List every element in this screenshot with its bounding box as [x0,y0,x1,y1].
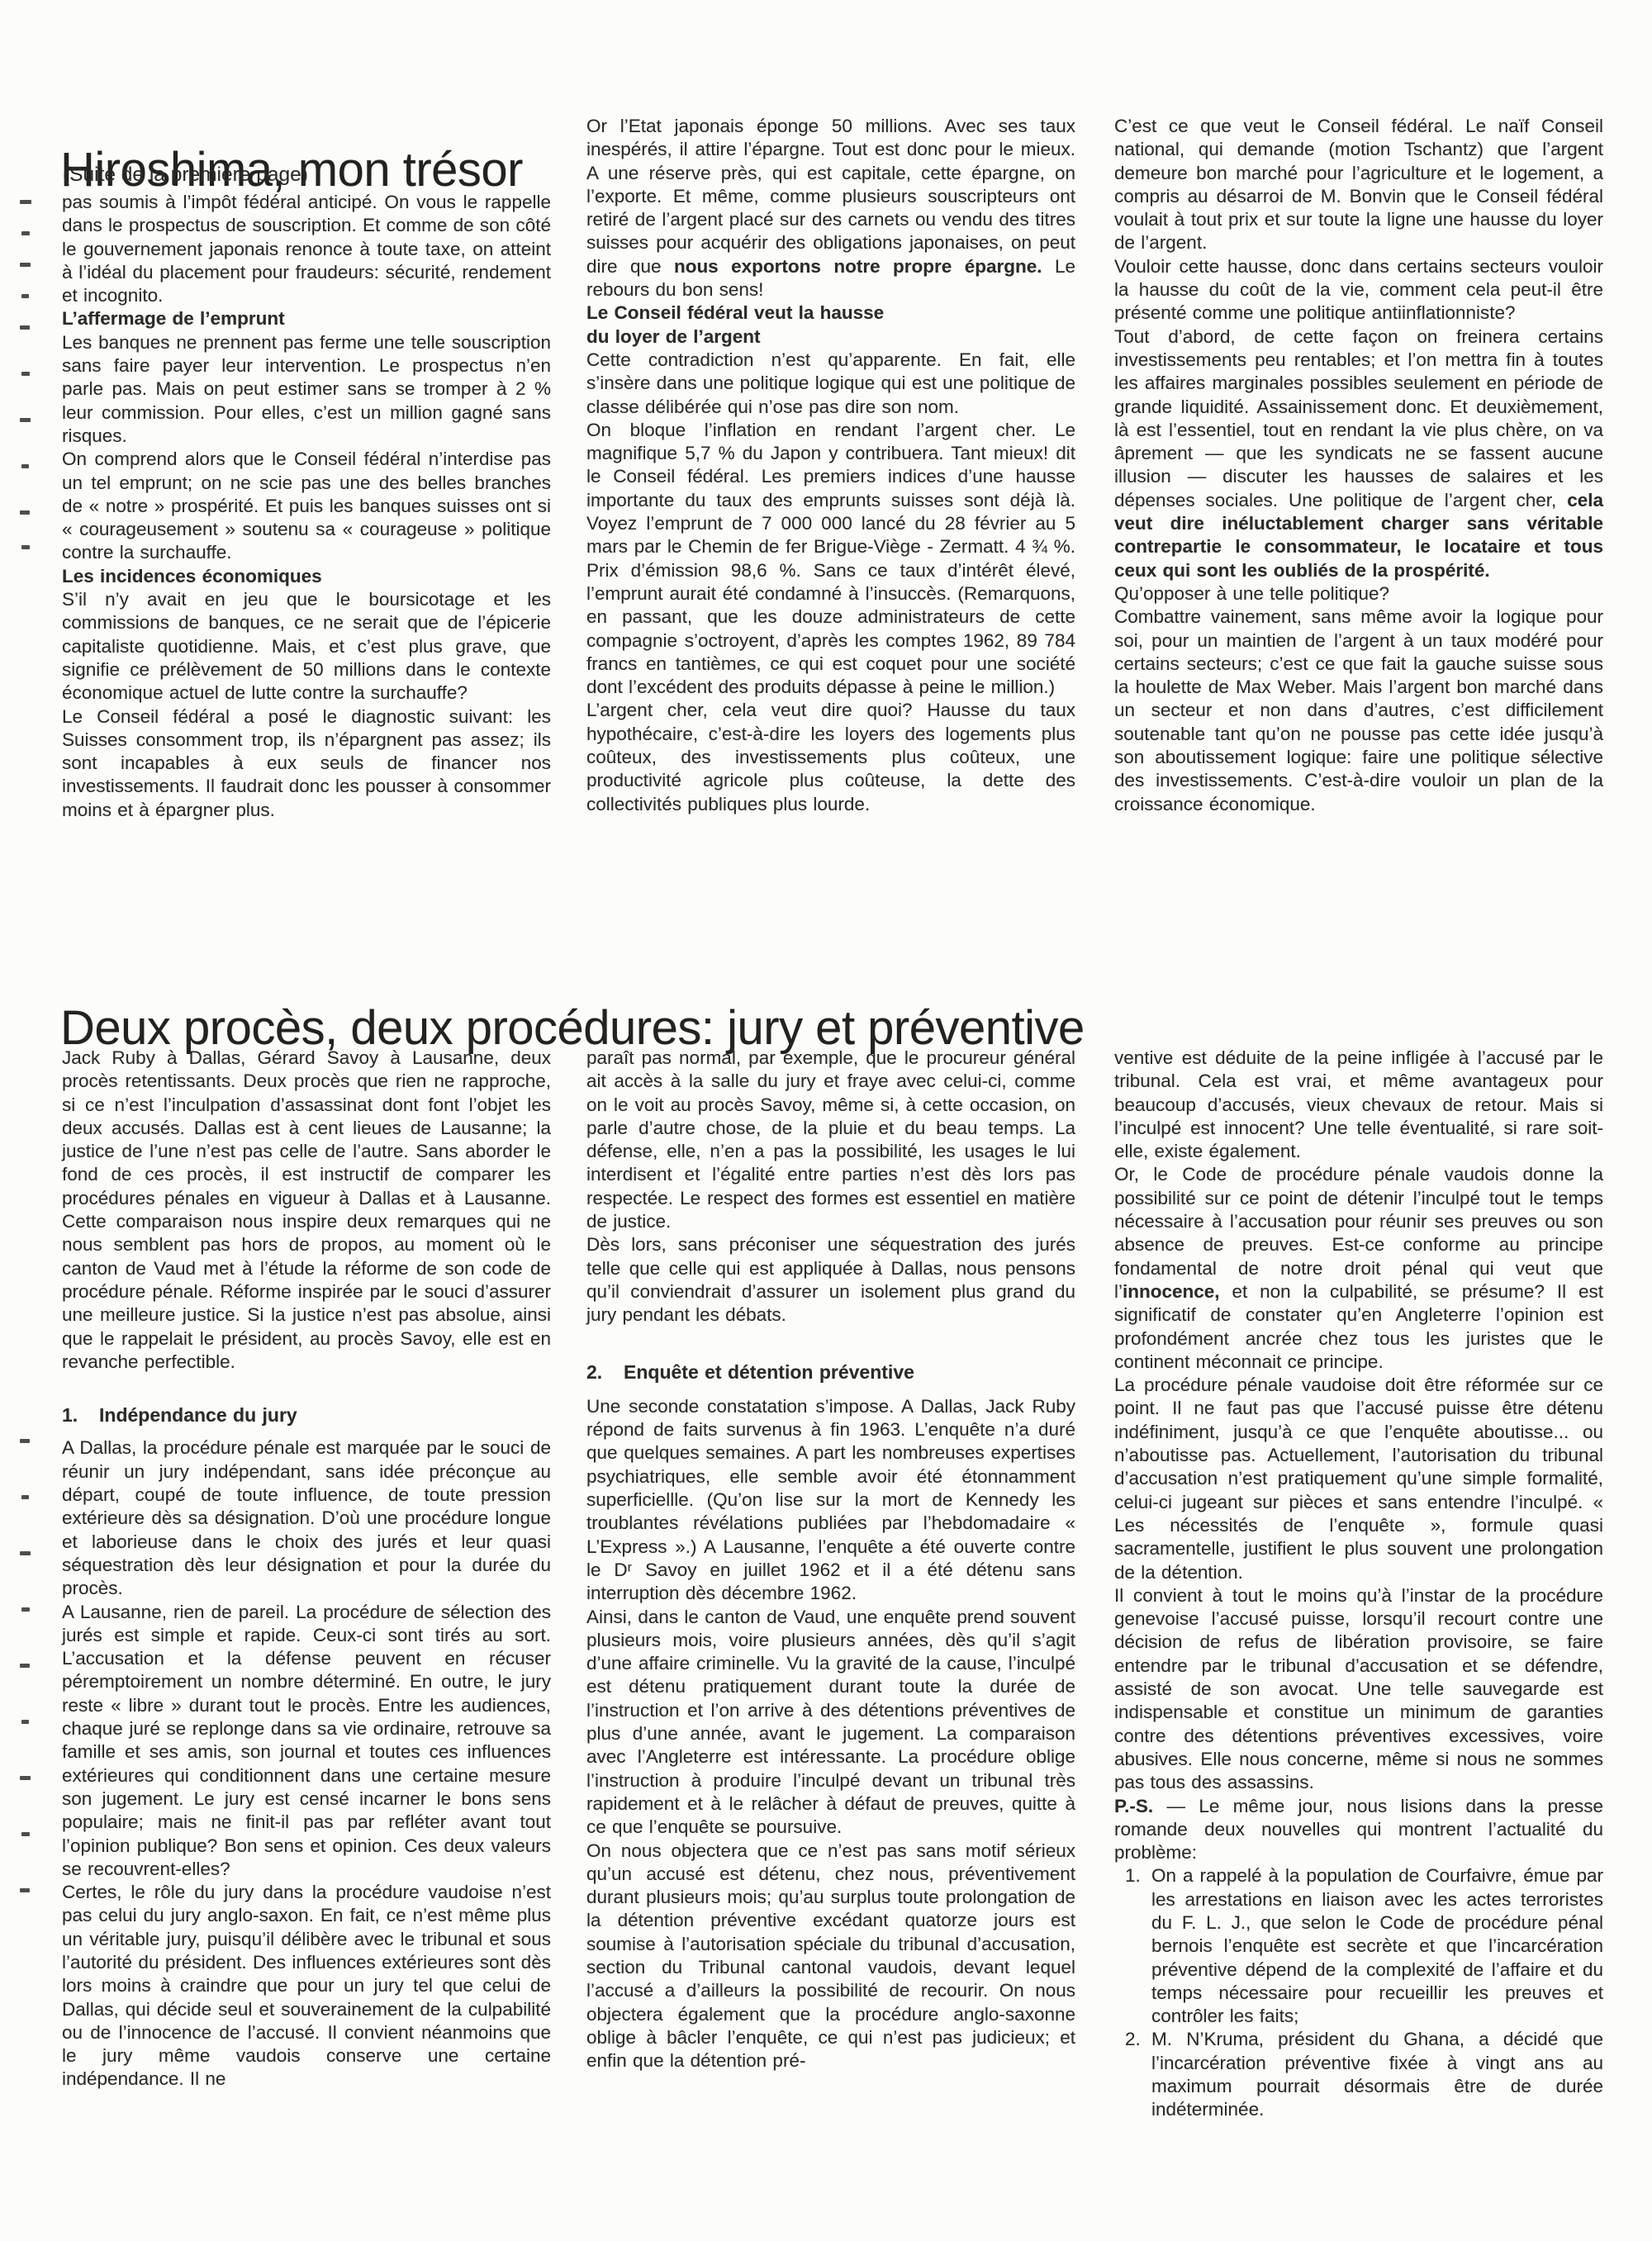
heading-text: Indépendance du jury [99,1403,297,1427]
postscript-label: P.-S. [1114,1796,1153,1816]
paragraph: Il convient à tout le moins qu’à l’insta… [1114,1584,1603,1795]
scan-artifact [20,418,31,422]
section-heading: L’affermage de l’emprunt [62,307,551,330]
scan-artifact [21,545,30,549]
scan-artifact [20,1551,31,1555]
paragraph: L’argent cher, cela veut dire quoi? Haus… [586,699,1075,815]
postscript-paragraph: P.-S. — Le même jour, nous lisions dans … [1114,1795,1603,1865]
paragraph: Dès lors, sans préconiser une séquestrat… [586,1233,1075,1327]
heading-line: du loyer de l’argent [586,325,1075,349]
article2-column-3: ventive est déduite de la peine infligée… [1114,1047,1603,2122]
paragraph: S’il n’y avait en jeu que le boursicotag… [62,588,551,705]
paragraph: Combattre vainement, sans même avoir la … [1114,605,1603,816]
article1-column-2: Or l’Etat japonais éponge 50 millions. A… [586,115,1075,816]
scan-artifact [20,1439,30,1443]
paragraph: Ainsi, dans le canton de Vaud, une enquê… [586,1606,1075,1840]
newspaper-page: Hiroshima, mon trésor (Suite de la premi… [0,0,1652,2241]
article1-column-1: pas soumis à l’impôt fédéral anticipé. O… [62,191,551,822]
scan-artifact [21,1607,30,1612]
paragraph: A Dallas, la procédure pénale est marqué… [62,1436,551,1600]
bold-text: innocence, [1123,1281,1220,1302]
paragraph: La procédure pénale vaudoise doit être r… [1114,1374,1603,1584]
scan-artifact [21,464,29,468]
article2-column-1: Jack Ruby à Dallas, Gérard Savoy à Lausa… [62,1047,551,2091]
paragraph: Qu’opposer à une telle politique? [1114,582,1603,605]
paragraph: Le Conseil fédéral a posé le diagnostic … [62,705,551,822]
list-item: 1. On a rappelé à la population de Courf… [1114,1864,1603,2028]
scan-artifact [20,325,30,330]
list-item-number: 1. [1114,1864,1151,2028]
scan-artifact [21,1495,29,1499]
paragraph: ventive est déduite de la peine infligée… [1114,1047,1603,1163]
paragraph: pas soumis à l’impôt fédéral anticipé. O… [62,191,551,307]
list-item-number: 2. [1114,2028,1151,2121]
paragraph-text: — Le même jour, nous lisions dans la pre… [1114,1796,1603,1864]
heading-number: 1. [62,1403,99,1427]
paragraph: Or, le Code de procédure pénale vaudois … [1114,1163,1603,1374]
paragraph: On comprend alors que le Conseil fédéral… [62,448,551,564]
scan-artifact [20,510,30,515]
paragraph-text: Tout d’abord, de cette façon on freinera… [1114,326,1603,510]
scan-artifact [21,1832,30,1836]
scan-artifact [21,372,30,376]
paragraph: On bloque l’inflation en rendant l’argen… [586,419,1075,700]
article2-column-2: paraît pas normal, par exemple, que le p… [586,1047,1075,2072]
list-item: 2. M. N’Kruma, président du Ghana, a déc… [1114,2028,1603,2121]
list-item-text: M. N’Kruma, président du Ghana, a décidé… [1151,2028,1603,2121]
section-heading: Les incidences économiques [62,565,551,588]
paragraph: Tout d’abord, de cette façon on freinera… [1114,325,1603,582]
paragraph: Certes, le rôle du jury dans la procédur… [62,1881,551,2091]
section-heading: Le Conseil fédéral veut la haussedu loye… [586,301,1075,349]
paragraph: On nous objectera que ce n’est pas sans … [586,1840,1075,2073]
paragraph: Les banques ne prennent pas ferme une te… [62,331,551,448]
scan-artifact [20,1664,30,1668]
scan-artifact [20,200,31,204]
paragraph: Cette contradiction n’est qu’apparente. … [586,349,1075,419]
heading-line: Le Conseil fédéral veut la hausse [586,301,1075,325]
scan-artifact [20,263,31,267]
heading-text: Enquête et détention préventive [624,1360,914,1384]
paragraph: paraît pas normal, par exemple, que le p… [586,1047,1075,1233]
section-heading: 2. Enquête et détention préventive [586,1360,1075,1384]
article1-column-3: C’est ce que veut le Conseil fédéral. Le… [1114,115,1603,816]
scan-artifact [21,1720,29,1724]
paragraph: Or l’Etat japonais éponge 50 millions. A… [586,115,1075,301]
heading-number: 2. [586,1360,624,1384]
paragraph-text: Or l’Etat japonais éponge 50 millions. A… [586,116,1075,277]
paragraph: Vouloir cette hausse, donc dans certains… [1114,255,1603,325]
paragraph: Une seconde constatation s’impose. A Dal… [586,1395,1075,1606]
scan-artifact [20,1776,31,1780]
article1-subtitle: (Suite de la première page) [63,164,308,187]
paragraph: C’est ce que veut le Conseil fédéral. Le… [1114,115,1603,255]
scan-artifact [21,231,30,235]
paragraph: Jack Ruby à Dallas, Gérard Savoy à Lausa… [62,1047,551,1374]
scan-artifact [20,1888,30,1892]
scan-artifact [21,294,29,298]
bold-text: nous exportons notre propre épargne. [674,256,1042,277]
list-item-text: On a rappelé à la population de Courfaiv… [1151,1864,1603,2028]
section-heading: 1. Indépendance du jury [62,1403,551,1427]
paragraph: A Lausanne, rien de pareil. La procédure… [62,1601,551,1882]
